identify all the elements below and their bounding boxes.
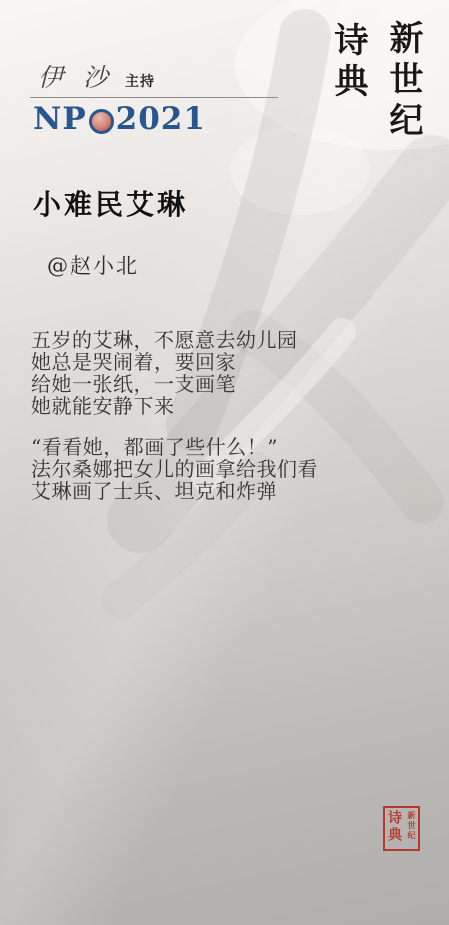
poem-line: 她就能安静下来 — [31, 395, 318, 417]
brand-vertical-new-century: 新世纪 — [386, 20, 420, 143]
poem-card: 伊 沙 主持 NP 2021 新世纪 诗典 小难民艾琳 @赵小北 五岁的艾琳，不… — [0, 0, 449, 925]
host-row: 伊 沙 主持 — [38, 58, 155, 94]
poem-line: 五岁的艾琳，不愿意去幼儿园 — [31, 329, 318, 351]
globe-icon — [89, 109, 114, 134]
poem-line: 艾琳画了士兵、坦克和炸弹 — [31, 480, 318, 502]
header-divider — [30, 97, 278, 98]
poem-line: “看看她，都画了些什么！” — [31, 436, 318, 458]
host-role-label: 主持 — [125, 71, 155, 91]
poem-body: 五岁的艾琳，不愿意去幼儿园 她总是哭闹着，要回家 给她一张纸，一支画笔 她就能安… — [31, 329, 318, 502]
poem-line: 给她一张纸，一支画笔 — [31, 373, 318, 395]
host-name: 伊 沙 — [38, 58, 114, 94]
red-seal-stamp: 诗典 新世纪 — [383, 806, 420, 851]
poem-author: @赵小北 — [47, 250, 139, 280]
poem-stanza-1: 五岁的艾琳，不愿意去幼儿园 她总是哭闹着，要回家 给她一张纸，一支画笔 她就能安… — [31, 329, 318, 417]
npc-logo: NP 2021 — [33, 101, 206, 137]
poem-line: 她总是哭闹着，要回家 — [31, 351, 318, 373]
brand-vertical-poetry-canon: 诗典 — [331, 22, 365, 104]
poem-stanza-2: “看看她，都画了些什么！” 法尔桑娜把女儿的画拿给我们看 艾琳画了士兵、坦克和炸… — [31, 436, 318, 502]
poem-title: 小难民艾琳 — [33, 183, 188, 223]
npc-logo-prefix: NP — [33, 101, 87, 137]
poem-line: 法尔桑娜把女儿的画拿给我们看 — [31, 458, 318, 480]
seal-text-new-century: 新世纪 — [408, 811, 416, 847]
npc-logo-year: 2021 — [116, 101, 206, 137]
seal-text-poetry-canon: 诗典 — [387, 810, 401, 847]
